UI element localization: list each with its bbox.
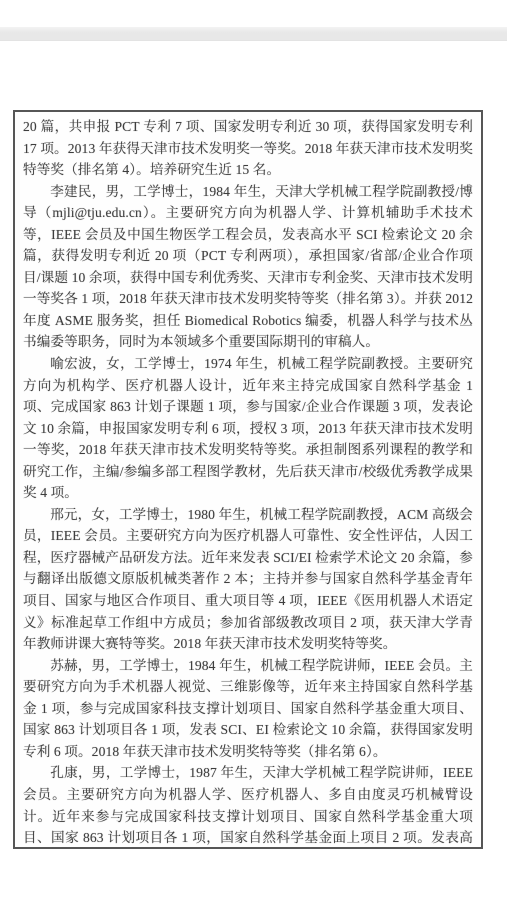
paragraph-bio-yu-hongbo: 喻宏波，女，工学博士，1974 年生，机械工程学院副教授。主要研究方向为机构学、… — [23, 353, 473, 504]
paragraph-bio-kong-kang: 孔康，男，工学博士，1987 年生，天津大学机械工程学院讲师，IEEE 会员。主… — [23, 762, 473, 849]
paragraph-bio-li-jianmin: 李建民，男，工学博士，1984 年生，天津大学机械工程学院副教授/博导（mjli… — [23, 181, 473, 353]
paragraph-bio-su-he: 苏赫，男，工学博士，1984 年生，机械工程学院讲师，IEEE 会员。主要研究方… — [23, 655, 473, 763]
paragraph-bio-xing-yuan: 邢元，女，工学博士，1980 年生，机械工程学院副教授，ACM 高级会员，IEE… — [23, 504, 473, 655]
document-content-frame: 20 篇，共申报 PCT 专利 7 项、国家发明专利近 30 项，获得国家发明专… — [13, 110, 483, 849]
paragraph-patent-awards-continuation: 20 篇，共申报 PCT 专利 7 项、国家发明专利近 30 项，获得国家发明专… — [23, 116, 473, 181]
top-gray-band — [0, 27, 507, 41]
